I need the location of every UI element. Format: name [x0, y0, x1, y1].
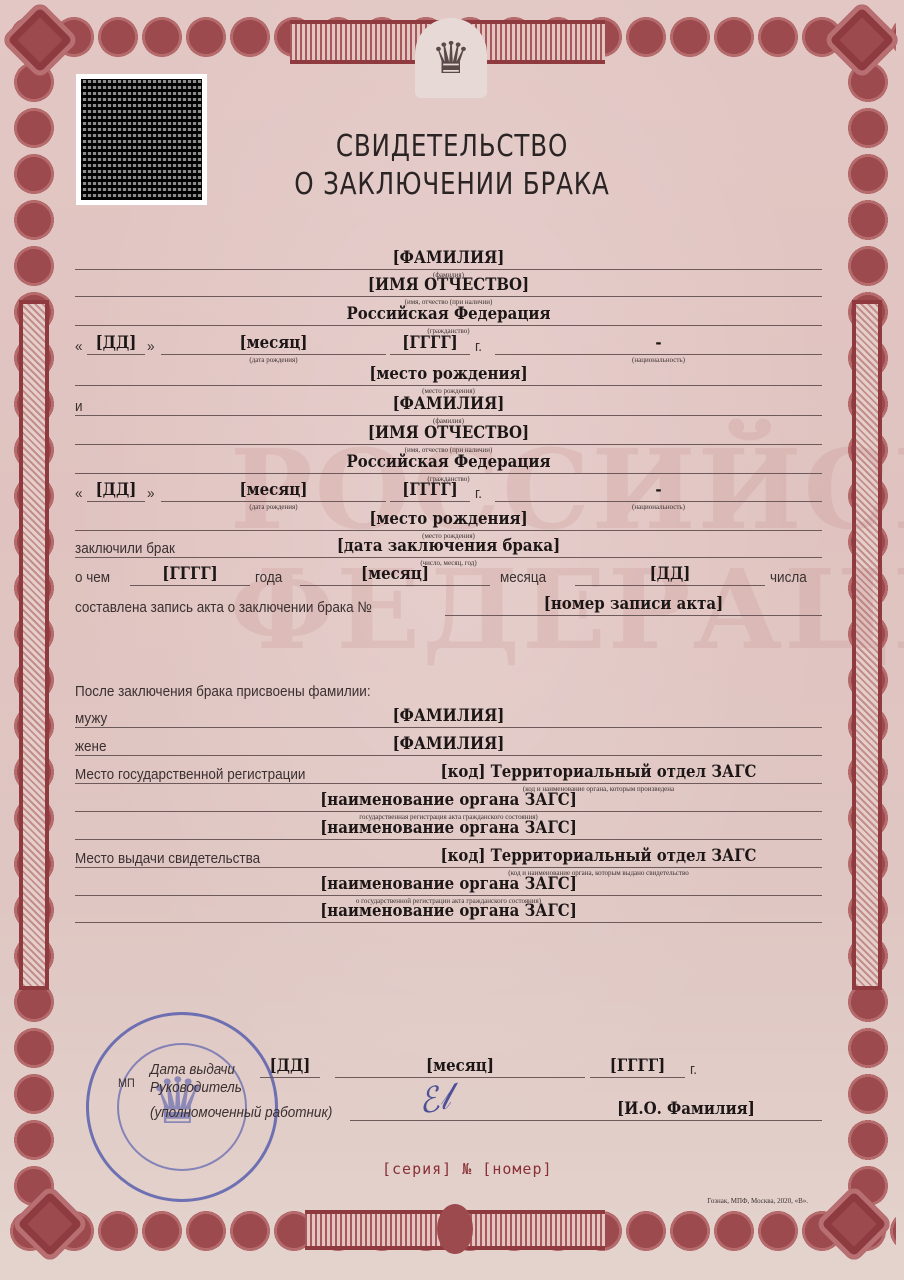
bride-nationality: -	[515, 480, 803, 500]
groom-birthplace-field: [место рождения] (место рождения)	[75, 362, 822, 386]
reg-place-field: Место государственной регистрации [код] …	[75, 760, 822, 784]
issue-place-field-2: [наименование органа ЗАГС] о государстве…	[75, 872, 822, 896]
year-suffix: г.	[475, 485, 482, 502]
reg-place-label: Место государственной регистрации	[75, 766, 305, 783]
reg-place-line2: [наименование органа ЗАГС]	[120, 790, 777, 810]
issue-place-line2: [наименование органа ЗАГС]	[120, 874, 777, 894]
husband-label: мужу	[75, 710, 107, 727]
bride-birth-year: [ГГГГ]	[395, 480, 465, 500]
record-year: [ГГГГ]	[137, 564, 243, 584]
bride-name-field: [ИМЯ ОТЧЕСТВО] (имя, отчество (при налич…	[75, 421, 822, 445]
record-month: [месяц]	[311, 564, 478, 584]
issue-place-line1: [код] Территориальный отдел ЗАГС	[402, 846, 795, 866]
year-word: года	[255, 569, 282, 586]
bride-prefix: и	[75, 398, 83, 415]
serial-number: [серия] № [номер]	[382, 1160, 553, 1178]
issue-place-line3: [наименование органа ЗАГС]	[120, 901, 777, 921]
ornamental-pillar-left	[19, 300, 49, 990]
issue-date-label: Дата выдачи	[150, 1061, 235, 1078]
bride-birth-month: [месяц]	[175, 480, 373, 500]
bride-surname: [ФАМИЛИЯ]	[120, 394, 777, 414]
after-marriage-label: После заключения брака присвоены фамилии…	[75, 683, 371, 700]
about-label: о чем	[75, 569, 110, 586]
month-word: месяца	[500, 569, 546, 586]
year-suffix: г.	[475, 338, 482, 355]
groom-surname-field: [ФАМИЛИЯ] (фамилия)	[75, 246, 822, 270]
wife-surname: [ФАМИЛИЯ]	[120, 734, 777, 754]
wife-label: жене	[75, 738, 107, 755]
reg-place-line3: [наименование органа ЗАГС]	[120, 818, 777, 838]
bride-citizenship-field: Российская Федерация (гражданство)	[75, 450, 822, 474]
year-suffix: г.	[690, 1061, 697, 1078]
marriage-date-field: заключили брак [дата заключения брака] (…	[75, 534, 822, 558]
head-label-2: (уполномоченный работник)	[150, 1104, 332, 1121]
groom-nationality: -	[515, 333, 803, 353]
reg-place-field-2: [наименование органа ЗАГС] государственн…	[75, 788, 822, 812]
marriage-date: [дата заключения брака]	[120, 536, 777, 556]
bottom-medallion	[437, 1204, 473, 1254]
reg-place-field-3: [наименование органа ЗАГС]	[75, 816, 822, 840]
groom-surname: [ФАМИЛИЯ]	[120, 248, 777, 268]
issue-month: [месяц]	[350, 1056, 570, 1076]
page-title: СВИДЕТЕЛЬСТВО О ЗАКЛЮЧЕНИИ БРАКА	[81, 128, 822, 204]
groom-birthplace: [место рождения]	[120, 364, 777, 384]
after-marriage-row: После заключения брака присвоены фамилии…	[75, 676, 822, 700]
husband-surname-field: мужу [ФАМИЛИЯ]	[75, 704, 822, 728]
official-name: [И.О. Фамилия]	[566, 1099, 805, 1119]
groom-citizenship-field: Российская Федерация (гражданство)	[75, 302, 822, 326]
bride-birth-day: [ДД]	[90, 480, 141, 500]
record-day: [ДД]	[586, 564, 753, 584]
title-line1: СВИДЕТЕЛЬСТВО	[81, 128, 822, 166]
title-line2: О ЗАКЛЮЧЕНИИ БРАКА	[81, 166, 822, 204]
issue-place-label: Место выдачи свидетельства	[75, 850, 260, 867]
issue-date-row: Дата выдачи [ДД] [месяц] [ГГГГ] г.	[150, 1054, 822, 1078]
record-label: составлена запись акта о заключении брак…	[75, 599, 372, 616]
record-number-row: составлена запись акта о заключении брак…	[75, 592, 822, 616]
groom-name-field: [ИМЯ ОТЧЕСТВО] (имя, отчество (при налич…	[75, 273, 822, 297]
issue-place-field: Место выдачи свидетельства [код] Террито…	[75, 844, 822, 868]
reg-place-line1: [код] Территориальный отдел ЗАГС	[402, 762, 795, 782]
husband-surname: [ФАМИЛИЯ]	[120, 706, 777, 726]
double-headed-eagle-icon: ♛	[415, 18, 487, 98]
bride-birthplace-field: [место рождения] (место рождения)	[75, 507, 822, 531]
issue-day: [ДД]	[264, 1056, 317, 1076]
wife-surname-field: жене [ФАМИЛИЯ]	[75, 732, 822, 756]
quote-close: »	[147, 485, 155, 502]
issue-place-field-3: [наименование органа ЗАГС]	[75, 899, 822, 923]
official-row: Руководитель (уполномоченный работник) […	[150, 1097, 822, 1121]
record-number: [номер записи акта]	[468, 594, 800, 614]
printer-imprint: Гознак, МПФ, Москва, 2020, «В».	[707, 1197, 808, 1205]
groom-citizenship: Российская Федерация	[120, 304, 777, 324]
bride-birthplace: [место рождения]	[120, 509, 777, 529]
bride-name: [ИМЯ ОТЧЕСТВО]	[120, 423, 777, 443]
quote-open: «	[75, 338, 83, 355]
groom-birth-month: [месяц]	[175, 333, 373, 353]
groom-birth-row: « [ДД] » [месяц](дата рождения) [ГГГГ] г…	[75, 331, 822, 355]
quote-close: »	[147, 338, 155, 355]
bride-surname-field: и [ФАМИЛИЯ] (фамилия)	[75, 392, 822, 416]
quote-open: «	[75, 485, 83, 502]
record-date-row: о чем [ГГГГ] года [месяц] месяца [ДД] чи…	[75, 562, 822, 586]
bride-citizenship: Российская Федерация	[120, 452, 777, 472]
issue-year: [ГГГГ]	[596, 1056, 680, 1076]
bride-birth-row: « [ДД] » [месяц](дата рождения) [ГГГГ] г…	[75, 478, 822, 502]
day-word: числа	[770, 569, 807, 586]
groom-birth-day: [ДД]	[90, 333, 141, 353]
head-label: Руководитель	[150, 1079, 242, 1096]
groom-birth-year: [ГГГГ]	[395, 333, 465, 353]
mp-label: МП	[118, 1076, 135, 1090]
groom-name: [ИМЯ ОТЧЕСТВО]	[120, 275, 777, 295]
